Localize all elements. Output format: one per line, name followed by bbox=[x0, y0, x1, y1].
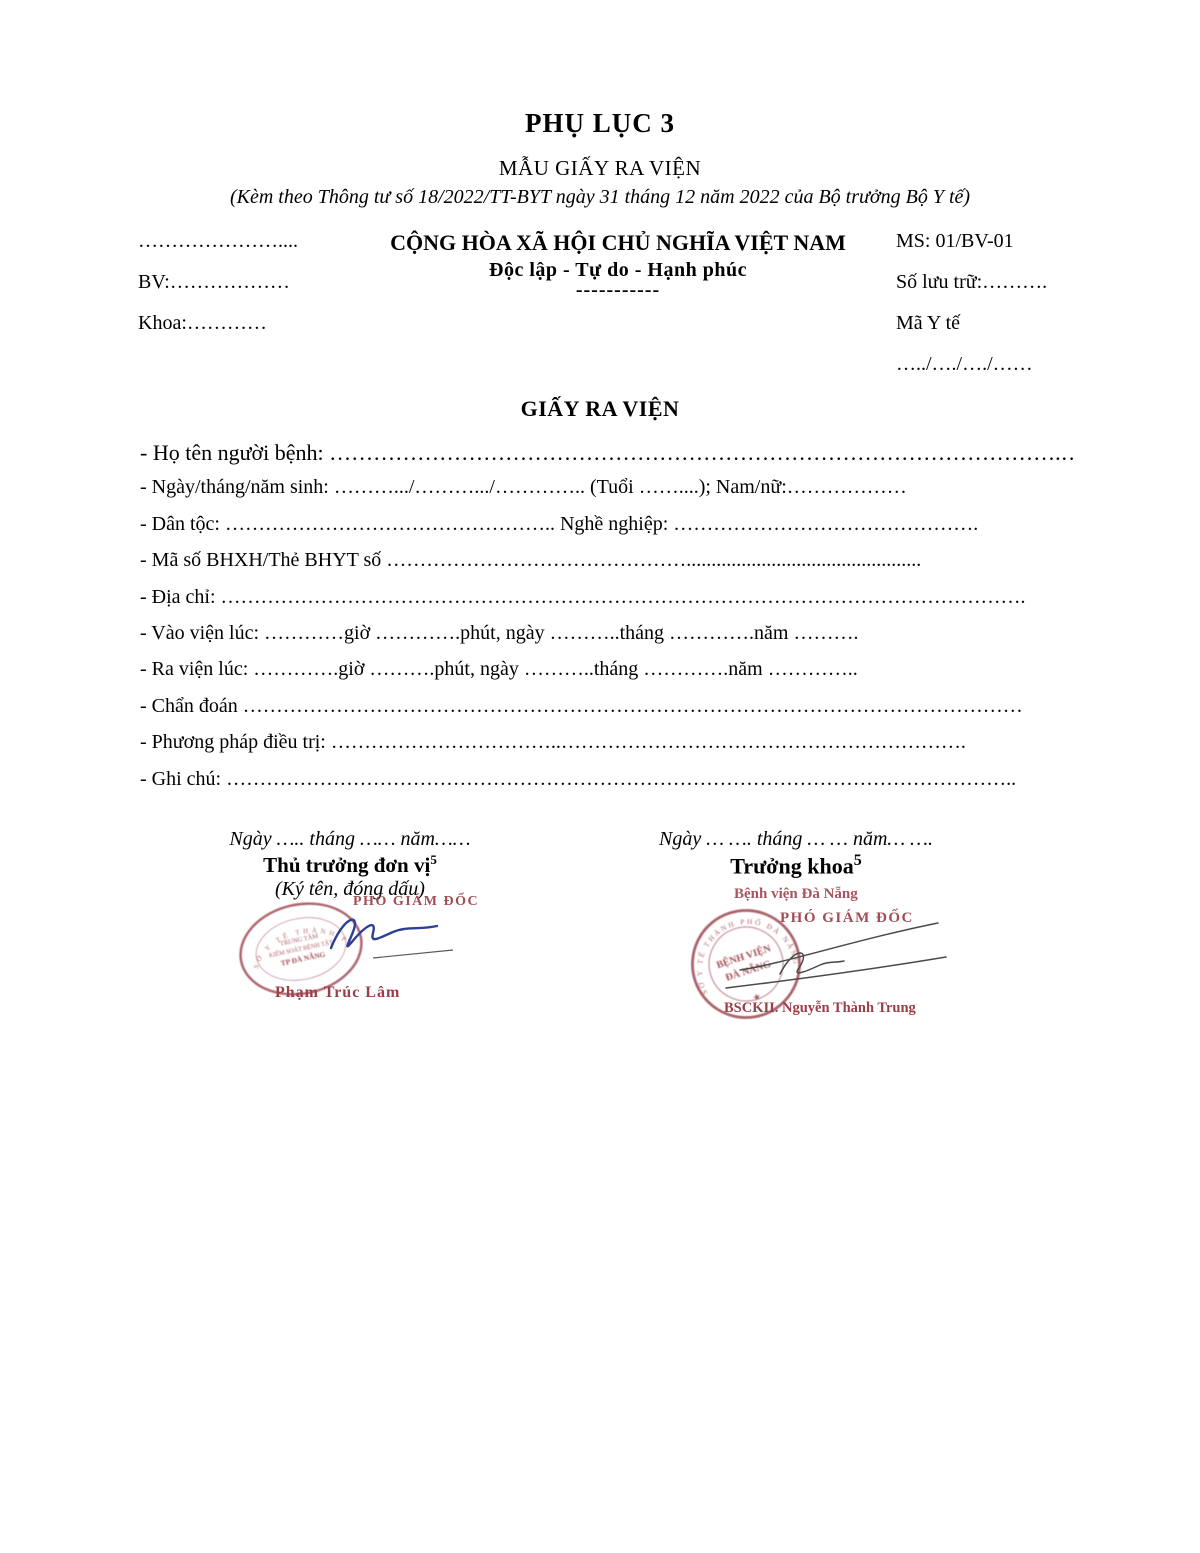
head-of-dept-title-footnote: 5 bbox=[854, 852, 862, 869]
field-diagnosis: - Chẩn đoán …………………………………………………………………………… bbox=[140, 695, 1075, 731]
header-right-column: MS: 01/BV-01 Số lưu trữ:………. Mã Y tế …..… bbox=[896, 230, 1066, 394]
form-header: ………………….... BV:……………… Khoa:………… CỘNG HÒA… bbox=[138, 230, 1066, 394]
field-treatment-method: - Phương pháp điều trị: ……………………………..………… bbox=[140, 731, 1075, 767]
document-title: GIẤY RA VIỆN bbox=[0, 396, 1200, 422]
field-address: - Địa chỉ: ……………………………………………………………………………… bbox=[140, 586, 1075, 622]
appendix-title: PHỤ LỤC 3 bbox=[0, 108, 1200, 139]
hospital-field: BV:……………… bbox=[138, 271, 350, 312]
stamp-caption-right: Bệnh viện Đà Nẵng bbox=[734, 886, 858, 903]
field-insurance-number: - Mã số BHXH/Thẻ BHYT số ………………………………………… bbox=[140, 549, 1075, 585]
handwritten-signature-gray-icon bbox=[722, 914, 952, 998]
discharge-form-page: PHỤ LỤC 3 MẪU GIẤY RA VIỆN (Kèm theo Thô… bbox=[0, 0, 1200, 1553]
signature-block-head-of-dept: Ngày … …. tháng … … năm… …. Trưởng khoa5 bbox=[630, 828, 962, 879]
handwritten-signature-blue-icon bbox=[321, 906, 479, 970]
motto-divider: ----------- bbox=[350, 282, 886, 298]
medical-code-value: …../…./…./…… bbox=[896, 353, 1066, 394]
signer-name-right: BSCKII. Nguyễn Thành Trung bbox=[724, 1000, 916, 1017]
signature-title-director: Thủ trưởng đơn vị5 bbox=[178, 852, 522, 878]
field-admission-time: - Vào viện lúc: …………giờ ………….phút, ngày … bbox=[140, 622, 1075, 658]
header-center-column: CỘNG HÒA XÃ HỘI CHỦ NGHĨA VIỆT NAM Độc l… bbox=[350, 230, 896, 394]
department-field: Khoa:………… bbox=[138, 312, 350, 353]
director-title-footnote: 5 bbox=[430, 852, 437, 867]
field-date-of-birth: - Ngày/tháng/năm sinh: ……….../……….../………… bbox=[140, 476, 1075, 512]
signer-name-left: Phạm Trúc Lâm bbox=[275, 984, 400, 1002]
signature-date-left: Ngày ….. tháng …… năm…… bbox=[178, 828, 522, 851]
header-left-column: ………………….... BV:……………… Khoa:………… bbox=[138, 230, 350, 394]
stamp-area-left: SỞ Y TẾ THÀNH PHỐ TRUNG TÂM KIỂM SOÁT BỆ… bbox=[235, 886, 485, 1026]
issuance-note: (Kèm theo Thông tư số 18/2022/TT-BYT ngà… bbox=[0, 186, 1200, 209]
director-title-text: Thủ trưởng đơn vị bbox=[263, 853, 430, 877]
head-of-dept-title-text: Trưởng khoa bbox=[730, 853, 853, 878]
field-ethnicity-occupation: - Dân tộc: ………………………………………….. Nghề nghiệ… bbox=[140, 513, 1075, 549]
signature-date-right: Ngày … …. tháng … … năm… …. bbox=[630, 828, 962, 851]
title-block: PHỤ LỤC 3 MẪU GIẤY RA VIỆN (Kèm theo Thô… bbox=[0, 108, 1200, 209]
field-patient-name: - Họ tên người bệnh: …………………………………………………… bbox=[140, 440, 1075, 476]
ms-code: MS: 01/BV-01 bbox=[896, 230, 1066, 271]
national-title: CỘNG HÒA XÃ HỘI CHỦ NGHĨA VIỆT NAM bbox=[350, 230, 886, 256]
archive-number-field: Số lưu trữ:………. bbox=[896, 271, 1066, 312]
signature-title-head-of-dept: Trưởng khoa5 bbox=[630, 852, 962, 879]
medical-code-label: Mã Y tế bbox=[896, 312, 1066, 353]
form-template-name: MẪU GIẤY RA VIỆN bbox=[0, 156, 1200, 181]
field-discharge-time: - Ra viện lúc: ………….giờ ……….phút, ngày …… bbox=[140, 658, 1075, 694]
field-notes: - Ghi chú: ……………………………………………………………………………… bbox=[140, 768, 1075, 804]
header-dotted-line: ………………….... bbox=[138, 230, 350, 271]
form-fields: - Họ tên người bệnh: …………………………………………………… bbox=[140, 440, 1075, 804]
stamp-area-right: Bệnh viện Đà Nẵng PHÓ GIÁM ĐỐC SỞ Y TẾ T… bbox=[682, 884, 954, 1036]
